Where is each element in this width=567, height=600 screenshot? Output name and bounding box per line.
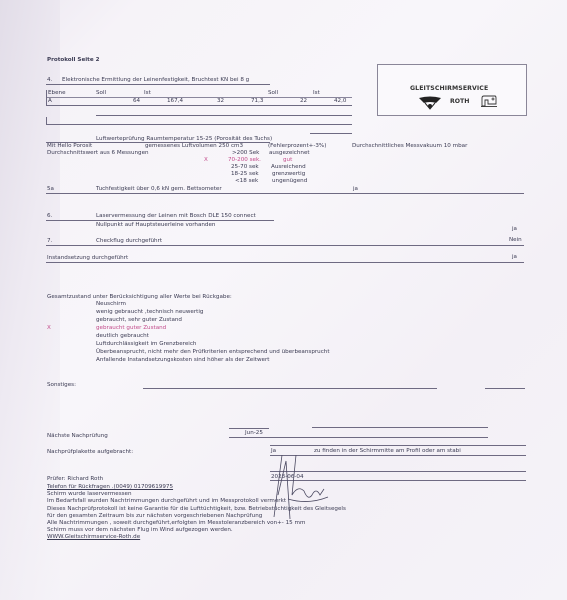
rating-range: 18-25 sek: [231, 171, 259, 178]
rating-label: Ausreichend: [271, 164, 306, 171]
col-header-ist-1: Ist: [144, 90, 151, 97]
footer-line: Im Bedarfsfall wurden Nachtrimmungen dur…: [47, 498, 286, 505]
page-header: Protokoll Seite 2: [47, 57, 99, 64]
cell-value: 42,0: [334, 98, 346, 105]
footer-line: Schirm muss vor dem nächsten Flug im Win…: [47, 527, 233, 534]
footer-line: Alle Nachtrimmungen , soweit durchgeführ…: [47, 520, 305, 527]
rating-range-selected: 70-200 sek.: [228, 157, 261, 164]
next-check-value: Jun-25: [245, 430, 263, 437]
divider: [46, 193, 524, 194]
rating-label: ungenügend: [272, 178, 307, 185]
divider: [270, 471, 526, 472]
divider: [46, 84, 270, 85]
section5a-value: ja: [353, 186, 358, 193]
condition-option: Überbeansprucht, nicht mehr den Prüfkrit…: [96, 349, 330, 356]
error-margin: (Fehlerprozent+-3%): [268, 143, 326, 150]
cell-ebene: A: [48, 98, 52, 105]
misc-line: [485, 388, 525, 389]
condition-option-selected: gebraucht guter Zustand: [96, 325, 166, 332]
divider: [46, 124, 352, 125]
sewing-machine-icon: [480, 94, 498, 108]
section6-sub: Nullpunkt auf Hauptsteuerleine vorhanden: [96, 222, 215, 229]
section7-number: 7.: [47, 238, 52, 245]
divider: [46, 245, 524, 246]
rating-label: ausgezeichnet: [269, 150, 310, 157]
section6-title: Laservermessung der Leinen mit Bosch DLE…: [96, 213, 256, 220]
col-header-ebene: Ebene: [48, 90, 66, 97]
repair-title: Instandsetzung durchgeführt: [47, 255, 128, 262]
section4-number: 4.: [47, 77, 52, 84]
sticker-value: Ja: [271, 448, 276, 455]
section5a-number: 5a: [47, 186, 54, 193]
section6-value: ja: [512, 226, 517, 233]
measuring-vacuum: Durchschnittliches Messvakuum 10 mbar: [352, 143, 467, 150]
section7-title: Checkflug durchgeführt: [96, 238, 162, 245]
phone-number[interactable]: Telefon für Rückfragen .(0049) 017096199…: [47, 484, 173, 491]
footer-line: Schirm wurde laservermessen: [47, 491, 132, 498]
col-header-ist-2: Ist: [313, 90, 320, 97]
rating-range: >200 Sek: [232, 150, 259, 157]
divider: [310, 133, 352, 134]
divider: [47, 105, 352, 106]
porosity-device: Mit Hello Porosit: [47, 143, 92, 150]
rating-range: <18 sek: [235, 178, 258, 185]
footer-line: Dieses Nachprüfprotokoll ist keine Garan…: [47, 506, 346, 513]
selected-marker: X: [204, 157, 208, 164]
section5a-title: Tuchfestigkeit über 0,6 kN gem. Bettsome…: [96, 186, 222, 193]
logo-subtitle: ROTH: [450, 98, 469, 105]
cell-value: 167,4: [167, 98, 183, 105]
air-volume: gemessenes Luftvolumen 250 cm3: [145, 143, 243, 150]
sticker-label: Nachprüfplakette aufgebracht:: [47, 449, 133, 456]
condition-option: Anfallende Instandsetzungskosten sind hö…: [96, 357, 270, 364]
divider: [312, 427, 488, 428]
rating-range: 25-70 sek: [231, 164, 259, 171]
divider: [96, 115, 352, 116]
selected-marker: X: [47, 325, 51, 332]
website-link[interactable]: WWW.Gleitschirmservice-Roth.de: [47, 534, 140, 541]
paraglider-canopy-icon: [418, 96, 442, 110]
condition-option: Luftdurchlässigkeit im Grenzbereich: [96, 341, 196, 348]
cell-value: 22: [300, 98, 307, 105]
divider: [270, 455, 526, 456]
divider: [270, 480, 526, 481]
next-check-label: Nächste Nachprüfung: [47, 433, 108, 440]
section7-value: Nein: [509, 237, 522, 244]
repair-value: ja: [512, 254, 517, 261]
rating-label: grenzwertig: [272, 171, 305, 178]
inspector-signature: [268, 455, 338, 525]
company-logo: GLEITSCHIRMSERVICE ROTH: [377, 64, 527, 116]
section6-number: 6.: [47, 213, 52, 220]
condition-option: Neuschirm: [96, 301, 126, 308]
misc-label: Sonstiges:: [47, 382, 76, 389]
logo-title: GLEITSCHIRMSERVICE: [410, 85, 488, 92]
col-header-soll-1: Soll: [96, 90, 106, 97]
condition-option: wenig gebraucht ,technisch neuwertig: [96, 309, 203, 316]
inspector-name: Prüfer: Richard Roth: [47, 476, 103, 483]
divider: [270, 445, 526, 446]
misc-line: [143, 388, 437, 389]
divider: [229, 437, 488, 438]
condition-option: gebraucht, sehr guter Zustand: [96, 317, 182, 324]
cell-value: 32: [217, 98, 224, 105]
col-header-soll-2: Soll: [268, 90, 278, 97]
footer-line: für den gesamten Zeitraum bis zur nächst…: [47, 513, 262, 520]
sticker-note: zu finden in der Schirmmitte am Profil o…: [314, 448, 461, 455]
divider: [46, 262, 524, 263]
overall-title: Gesamtzustand unter Berücksichtigung all…: [47, 294, 232, 301]
section4-title: Elektronische Ermittlung der Leinenfesti…: [62, 77, 249, 84]
cell-value: 64: [133, 98, 140, 105]
condition-option: deutlich gebraucht: [96, 333, 149, 340]
rating-label-selected: gut: [283, 157, 292, 164]
cell-value: 71,3: [251, 98, 263, 105]
average-note: Durchschnittswert aus 6 Messungen: [47, 150, 149, 157]
